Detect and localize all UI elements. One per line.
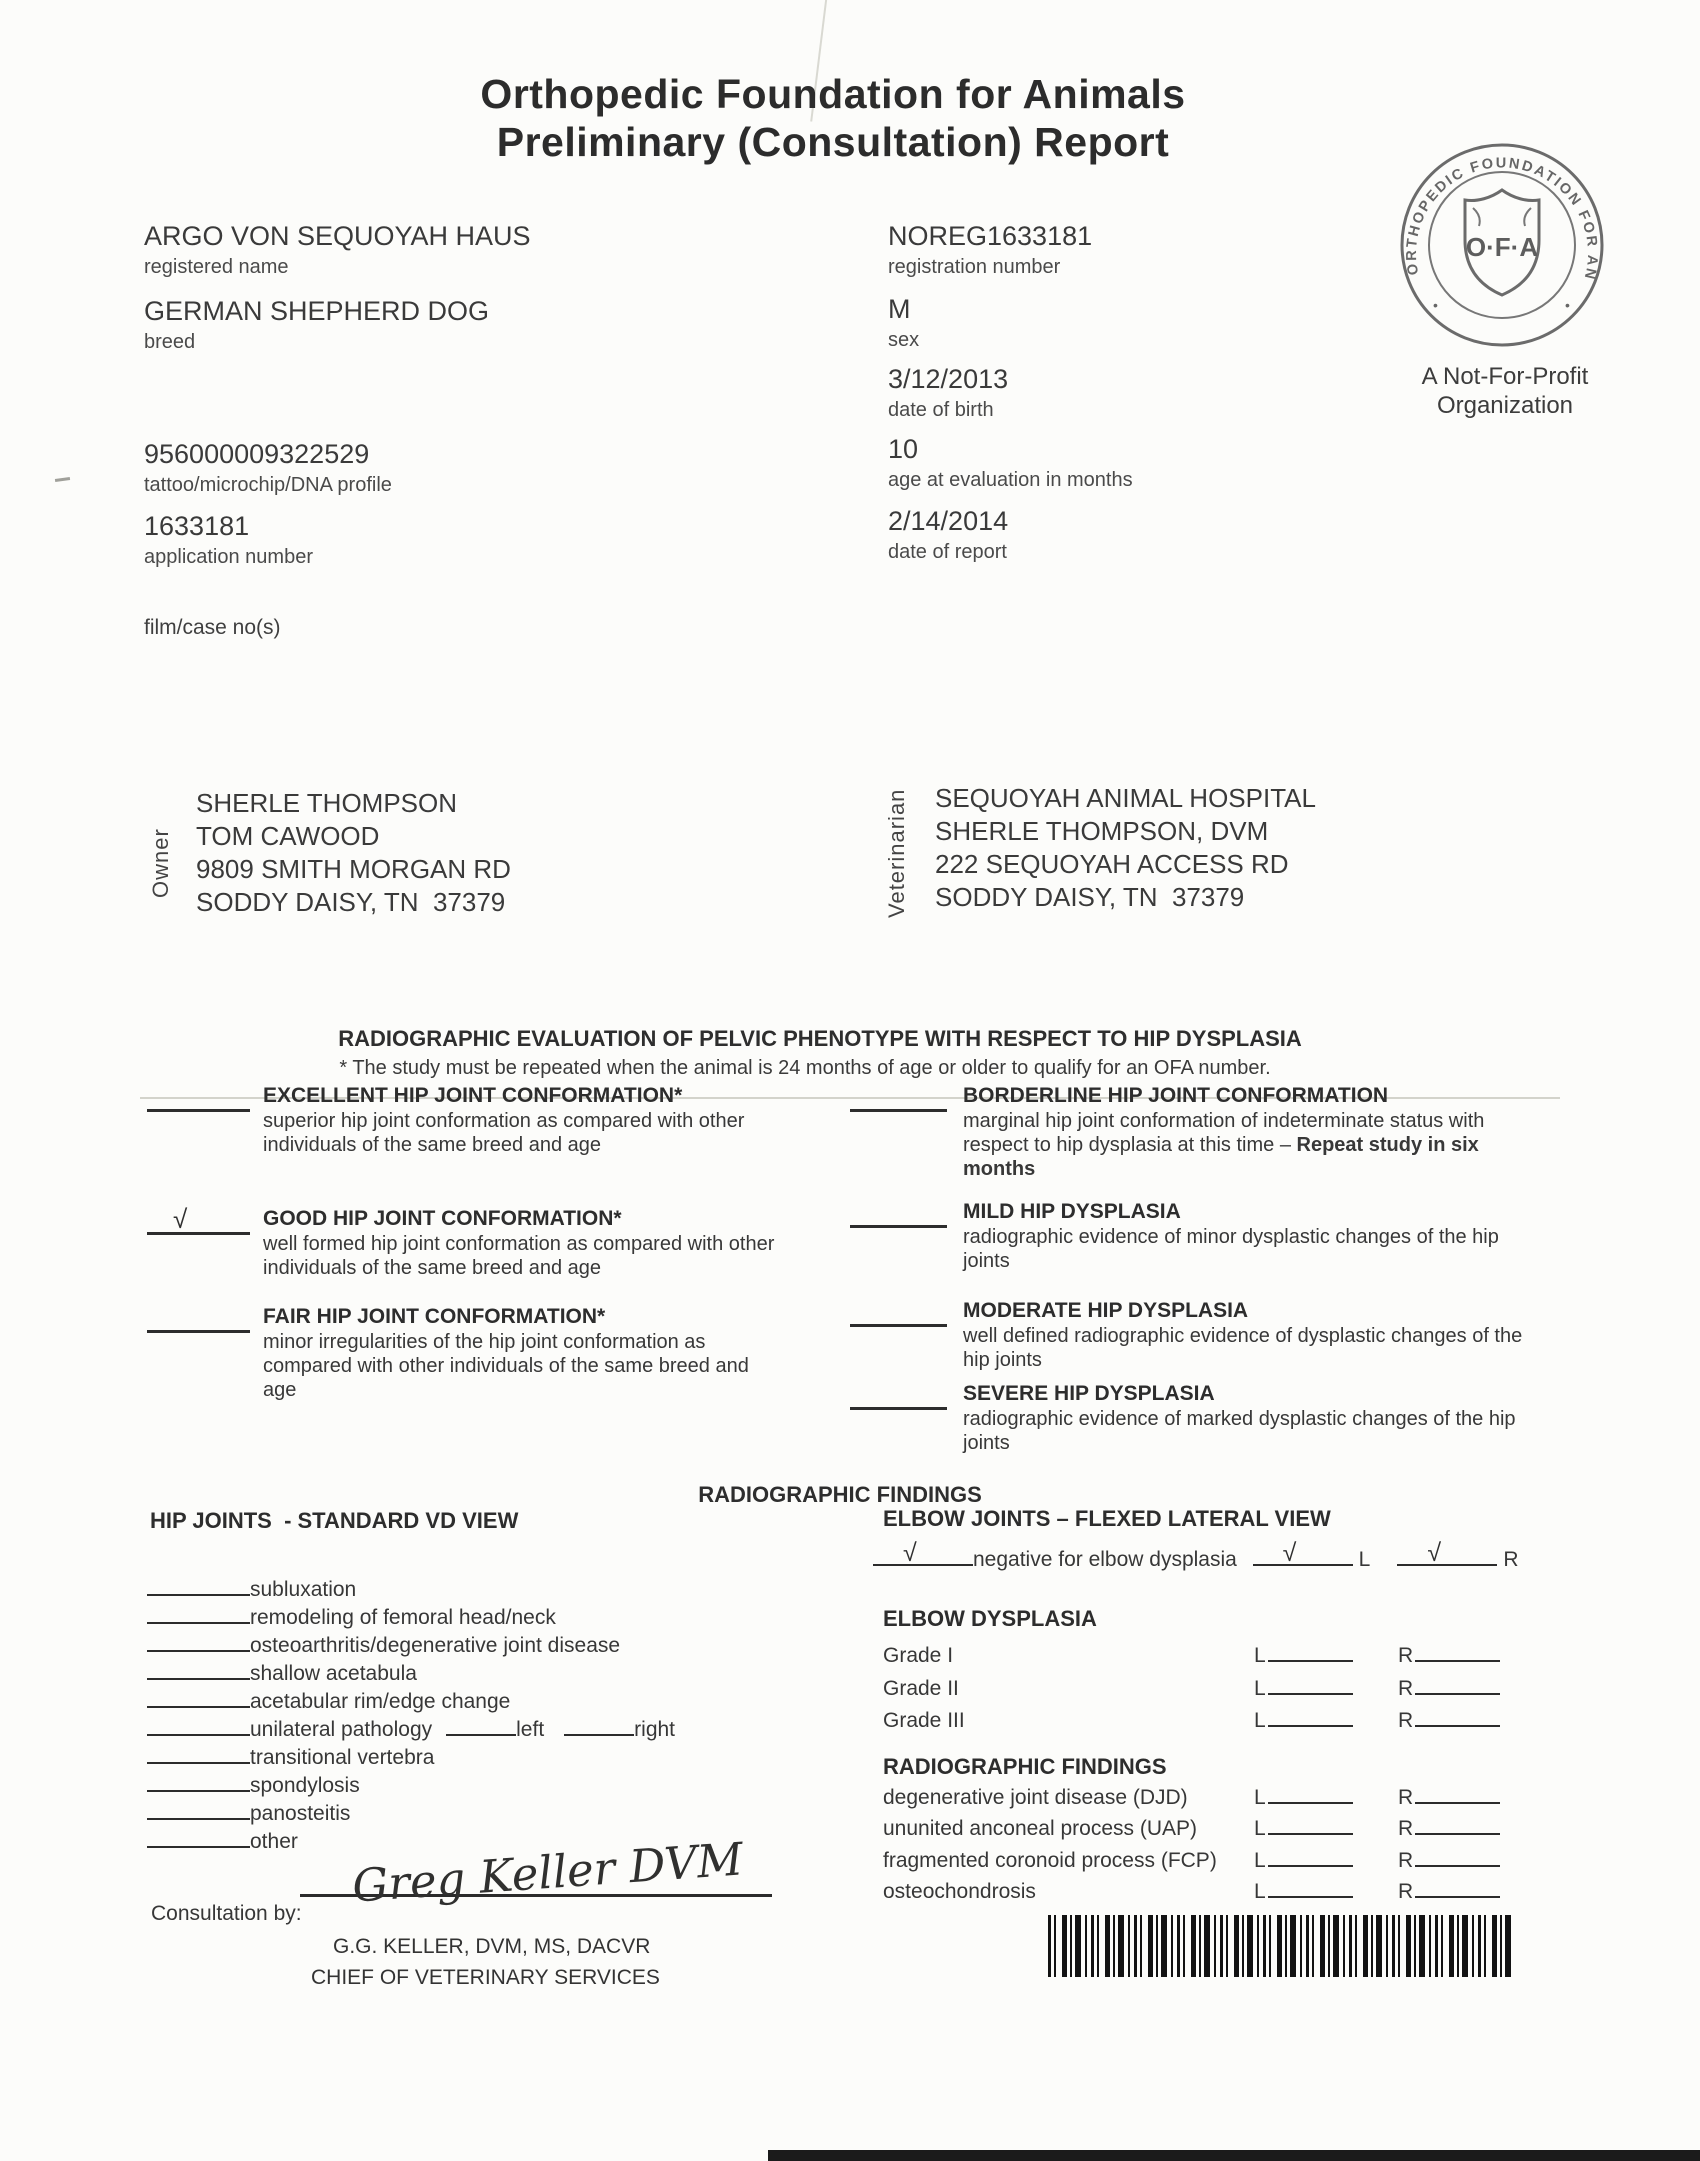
veterinarian-line4: SODDY DAISY, TN 37379 [935, 881, 1316, 914]
field-application-number: 1633181 application number [144, 511, 313, 569]
field-date-of-birth: 3/12/2013 date of birth [888, 364, 1008, 422]
left-letter: L [1254, 1786, 1266, 1809]
date-of-report-value: 2/14/2014 [888, 506, 1008, 537]
good-check-mark: √ [173, 1204, 187, 1235]
hip-item-blank [147, 1622, 250, 1624]
elbow-right-check-mark: √ [1427, 1539, 1441, 1568]
option-good: √ GOOD HIP JOINT CONFORMATION* well form… [263, 1206, 778, 1280]
report-page: Orthopedic Foundation for Animals Prelim… [0, 0, 1700, 2161]
right-letter: R [1398, 1709, 1413, 1732]
unilateral-left-label: left [516, 1718, 544, 1742]
veterinarian-address: SEQUOYAH ANIMAL HOSPITAL SHERLE THOMPSON… [935, 782, 1316, 914]
elbow-finding-label: osteochondrosis [883, 1880, 1036, 1904]
film-case-label: film/case no(s) [144, 616, 281, 640]
severe-check-blank [850, 1383, 947, 1410]
consultant-name: G.G. KELLER, DVM, MS, DACVR [333, 1935, 650, 1959]
borderline-check-blank [850, 1085, 947, 1112]
elbow-negative-right-blank: √ [1397, 1564, 1497, 1566]
grade-right-blank [1415, 1693, 1500, 1695]
grade-left: L [1254, 1644, 1353, 1668]
seal-note-line1: A Not-For-Profit [1350, 362, 1660, 391]
svg-text:•: • [1433, 297, 1438, 313]
hip-item-row-unilateral: unilateral pathologyleftright [147, 1718, 675, 1746]
elbow-negative-blank: √ [873, 1564, 973, 1566]
hip-item-row: remodeling of femoral head/neck [147, 1606, 675, 1634]
field-date-of-report: 2/14/2014 date of report [888, 506, 1008, 564]
owner-line3: 9809 SMITH MORGAN RD [196, 853, 511, 886]
finding-right: R [1398, 1786, 1500, 1810]
finding-right-blank [1415, 1833, 1500, 1835]
owner-address: SHERLE THOMPSON TOM CAWOOD 9809 SMITH MO… [196, 787, 511, 919]
hip-item-label: unilateral pathology [250, 1718, 432, 1742]
right-letter: R [1398, 1817, 1413, 1840]
mild-desc: radiographic evidence of minor dysplasti… [963, 1225, 1528, 1273]
finding-left-blank [1268, 1896, 1353, 1898]
registered-name-value: ARGO VON SEQUOYAH HAUS [144, 221, 531, 252]
right-letter: R [1398, 1677, 1413, 1700]
grade-right-blank [1415, 1725, 1500, 1727]
hip-item-label: panosteitis [250, 1802, 350, 1826]
fair-name: FAIR HIP JOINT CONFORMATION* [263, 1304, 778, 1329]
sex-label: sex [888, 328, 919, 352]
veterinarian-line3: 222 SEQUOYAH ACCESS RD [935, 848, 1316, 881]
elbow-findings-heading: RADIOGRAPHIC FINDINGS [883, 1754, 1167, 1780]
hip-item-row: transitional vertebra [147, 1746, 675, 1774]
page-title-line1: Orthopedic Foundation for Animals [0, 70, 1666, 118]
hip-item-label: spondylosis [250, 1774, 360, 1798]
finding-right-blank [1415, 1865, 1500, 1867]
finding-right: R [1398, 1817, 1500, 1841]
scan-bottom-bar [768, 2150, 1700, 2161]
elbow-negative-label: negative for elbow dysplasia [973, 1548, 1237, 1571]
application-number-value: 1633181 [144, 511, 313, 542]
good-name: GOOD HIP JOINT CONFORMATION* [263, 1206, 778, 1231]
registration-number-label: registration number [888, 255, 1092, 279]
right-letter: R [1398, 1644, 1413, 1667]
elbow-left-check-mark: √ [1283, 1539, 1297, 1568]
hip-item-row: panosteitis [147, 1802, 675, 1830]
option-borderline: BORDERLINE HIP JOINT CONFORMATION margin… [963, 1083, 1528, 1181]
age-months-label: age at evaluation in months [888, 468, 1133, 492]
fair-check-blank [147, 1306, 250, 1333]
left-letter: L [1254, 1644, 1266, 1667]
grade-label: Grade II [883, 1677, 959, 1701]
elbow-joints-heading: ELBOW JOINTS – FLEXED LATERAL VIEW [883, 1506, 1331, 1532]
elbow-finding-label: fragmented coronoid process (FCP) [883, 1849, 1217, 1873]
grade-label: Grade I [883, 1644, 953, 1668]
findings-heading: RADIOGRAPHIC FINDINGS [0, 1482, 1680, 1508]
finding-left: L [1254, 1880, 1353, 1904]
hip-item-label: shallow acetabula [250, 1662, 417, 1686]
evaluation-heading: RADIOGRAPHIC EVALUATION OF PELVIC PHENOT… [0, 1026, 1640, 1052]
finding-left: L [1254, 1786, 1353, 1810]
registration-number-value: NOREG1633181 [888, 221, 1092, 252]
unilateral-right-label: right [634, 1718, 675, 1742]
hip-item-row: shallow acetabula [147, 1662, 675, 1690]
hip-item-label: acetabular rim/edge change [250, 1690, 510, 1714]
veterinarian-line1: SEQUOYAH ANIMAL HOSPITAL [935, 782, 1316, 815]
left-letter: L [1254, 1709, 1266, 1732]
elbow-negative-row: √negative for elbow dysplasia √L √R [873, 1548, 1519, 1572]
finding-left-blank [1268, 1802, 1353, 1804]
finding-left: L [1254, 1817, 1353, 1841]
hip-item-blank [147, 1762, 250, 1764]
grade-right: R [1398, 1677, 1500, 1701]
grade-left: L [1254, 1709, 1353, 1733]
moderate-desc: well defined radiographic evidence of dy… [963, 1324, 1528, 1372]
field-breed: GERMAN SHEPHERD DOG breed [144, 296, 489, 354]
left-letter: L [1254, 1677, 1266, 1700]
borderline-desc: marginal hip joint conformation of indet… [963, 1109, 1528, 1181]
grade-right-blank [1415, 1660, 1500, 1662]
right-letter: R [1398, 1880, 1413, 1903]
owner-vertical-label: Owner [148, 808, 174, 918]
field-age-months: 10 age at evaluation in months [888, 434, 1133, 492]
veterinarian-vertical-label: Veterinarian [884, 788, 910, 918]
grade-right: R [1398, 1709, 1500, 1733]
consultation-label: Consultation by: [151, 1902, 302, 1926]
grade-left: L [1254, 1677, 1353, 1701]
option-severe: SEVERE HIP DYSPLASIA radiographic eviden… [963, 1381, 1528, 1455]
application-number-label: application number [144, 545, 313, 569]
finding-right: R [1398, 1880, 1500, 1904]
option-fair: FAIR HIP JOINT CONFORMATION* minor irreg… [263, 1304, 778, 1402]
finding-left-blank [1268, 1865, 1353, 1867]
elbow-finding-label: degenerative joint disease (DJD) [883, 1786, 1188, 1810]
moderate-check-blank [850, 1300, 947, 1327]
hip-joints-heading: HIP JOINTS - STANDARD VD VIEW [150, 1508, 518, 1534]
excellent-name: EXCELLENT HIP JOINT CONFORMATION* [263, 1083, 778, 1108]
hip-item-label: subluxation [250, 1578, 356, 1602]
elbow-dysplasia-heading: ELBOW DYSPLASIA [883, 1606, 1097, 1632]
field-registered-name: ARGO VON SEQUOYAH HAUS registered name [144, 221, 531, 279]
hip-item-label: other [250, 1830, 298, 1854]
excellent-desc: superior hip joint conformation as compa… [263, 1109, 778, 1157]
tattoo-value: 956000009322529 [144, 439, 392, 470]
mild-check-blank [850, 1201, 947, 1228]
elbow-right-letter: R [1503, 1548, 1518, 1571]
hip-item-blank [147, 1734, 250, 1736]
hip-findings-list: subluxation remodeling of femoral head/n… [147, 1578, 675, 1858]
owner-line1: SHERLE THOMPSON [196, 787, 511, 820]
option-excellent: EXCELLENT HIP JOINT CONFORMATION* superi… [263, 1083, 778, 1157]
finding-right-blank [1415, 1802, 1500, 1804]
grade-left-blank [1268, 1693, 1353, 1695]
seal-note: A Not-For-Profit Organization [1350, 362, 1660, 420]
hip-item-label: transitional vertebra [250, 1746, 434, 1770]
excellent-check-blank [147, 1085, 250, 1112]
svg-text:•: • [1565, 297, 1570, 313]
finding-left: L [1254, 1849, 1353, 1873]
grade-right: R [1398, 1644, 1500, 1668]
field-tattoo: 956000009322529 tattoo/microchip/DNA pro… [144, 439, 392, 497]
tattoo-label: tattoo/microchip/DNA profile [144, 473, 392, 497]
sex-value: M [888, 294, 919, 325]
seal-note-line2: Organization [1350, 391, 1660, 420]
moderate-name: MODERATE HIP DYSPLASIA [963, 1298, 1528, 1323]
good-check-blank: √ [147, 1208, 250, 1235]
registered-name-label: registered name [144, 255, 531, 279]
unilateral-left-blank [446, 1734, 516, 1736]
date-of-birth-value: 3/12/2013 [888, 364, 1008, 395]
breed-value: GERMAN SHEPHERD DOG [144, 296, 489, 327]
ofa-seal-icon: ORTHOPEDIC FOUNDATION FOR ANIMALS • • O·… [1395, 138, 1609, 357]
field-sex: M sex [888, 294, 919, 352]
finding-left-blank [1268, 1833, 1353, 1835]
unilateral-right-blank [564, 1734, 634, 1736]
hip-item-label: osteoarthritis/degenerative joint diseas… [250, 1634, 620, 1658]
owner-line2: TOM CAWOOD [196, 820, 511, 853]
scan-artifact-dash [55, 477, 70, 482]
hip-item-blank [147, 1818, 250, 1820]
hip-item-blank [147, 1846, 250, 1848]
elbow-left-letter: L [1359, 1548, 1370, 1571]
elbow-negative-left-blank: √ [1253, 1564, 1353, 1566]
severe-desc: radiographic evidence of marked dysplast… [963, 1407, 1528, 1455]
finding-right: R [1398, 1849, 1500, 1873]
hip-item-label: remodeling of femoral head/neck [250, 1606, 556, 1630]
date-of-birth-label: date of birth [888, 398, 1008, 422]
barcode [1048, 1915, 1514, 1977]
finding-right-blank [1415, 1896, 1500, 1898]
consultant-title: CHIEF OF VETERINARY SERVICES [311, 1966, 660, 1990]
mild-name: MILD HIP DYSPLASIA [963, 1199, 1528, 1224]
seal-monogram: O·F·A [1466, 232, 1538, 262]
left-letter: L [1254, 1817, 1266, 1840]
right-letter: R [1398, 1849, 1413, 1872]
hip-item-blank [147, 1594, 250, 1596]
hip-item-row: subluxation [147, 1578, 675, 1606]
severe-name: SEVERE HIP DYSPLASIA [963, 1381, 1528, 1406]
option-moderate: MODERATE HIP DYSPLASIA well defined radi… [963, 1298, 1528, 1372]
hip-item-blank [147, 1790, 250, 1792]
age-months-value: 10 [888, 434, 1133, 465]
hip-item-row: acetabular rim/edge change [147, 1690, 675, 1718]
hip-item-blank [147, 1678, 250, 1680]
option-mild: MILD HIP DYSPLASIA radiographic evidence… [963, 1199, 1528, 1273]
elbow-negative-check-mark: √ [903, 1539, 917, 1568]
hip-item-row: osteoarthritis/degenerative joint diseas… [147, 1634, 675, 1662]
fair-desc: minor irregularities of the hip joint co… [263, 1330, 778, 1402]
hip-item-blank [147, 1706, 250, 1708]
breed-label: breed [144, 330, 489, 354]
grade-label: Grade III [883, 1709, 965, 1733]
borderline-name: BORDERLINE HIP JOINT CONFORMATION [963, 1083, 1528, 1108]
evaluation-note: * The study must be repeated when the an… [0, 1057, 1610, 1080]
left-letter: L [1254, 1849, 1266, 1872]
date-of-report-label: date of report [888, 540, 1008, 564]
good-desc: well formed hip joint conformation as co… [263, 1232, 778, 1280]
left-letter: L [1254, 1880, 1266, 1903]
hip-item-row: spondylosis [147, 1774, 675, 1802]
right-letter: R [1398, 1786, 1413, 1809]
grade-left-blank [1268, 1725, 1353, 1727]
elbow-finding-label: ununited anconeal process (UAP) [883, 1817, 1197, 1841]
hip-item-blank [147, 1650, 250, 1652]
veterinarian-line2: SHERLE THOMPSON, DVM [935, 815, 1316, 848]
field-registration-number: NOREG1633181 registration number [888, 221, 1092, 279]
owner-line4: SODDY DAISY, TN 37379 [196, 886, 511, 919]
grade-left-blank [1268, 1660, 1353, 1662]
